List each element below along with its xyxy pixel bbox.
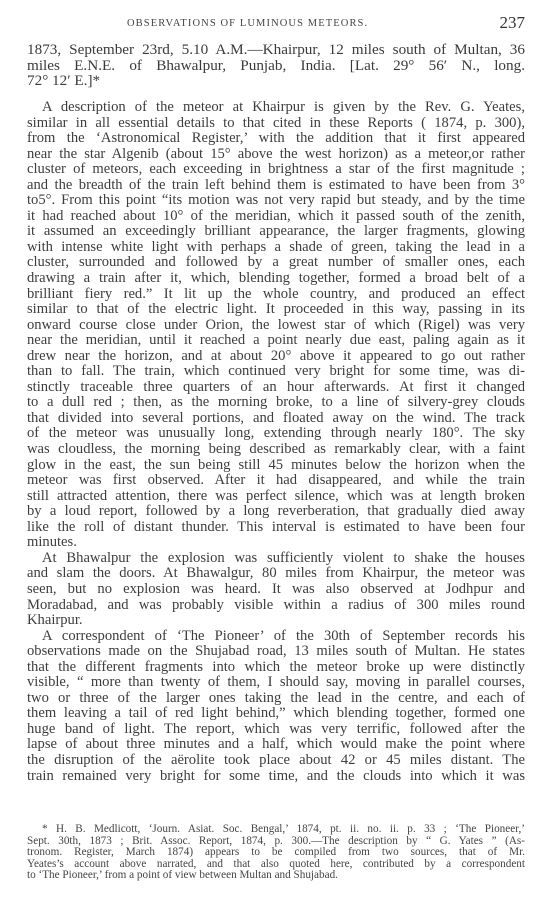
text-line: like the roll of distant thunder. This i…: [27, 520, 525, 536]
text-line: it assumed an exceedingly brilliant appe…: [27, 224, 525, 240]
text-line: with intense white light with perhaps a …: [27, 240, 525, 256]
footnote-line: to ‘The Pioneer,’ from a point of view b…: [27, 870, 525, 882]
text-line: huge band of light. The report, which wa…: [27, 722, 525, 738]
text-line: stinctly traceable three quarters of an …: [27, 380, 525, 396]
text-line: that divided into several portions, and …: [27, 411, 525, 427]
text-line: meteor was first observed. After it had …: [27, 473, 525, 489]
text-line: seen, but no explosion was heard. It was…: [27, 582, 525, 598]
text-line: observations made on the Shujabad road, …: [27, 644, 525, 660]
text-line: A correspondent of ‘The Pioneer’ of the …: [27, 629, 525, 645]
text-line: them leaving a tail of red light behind,…: [27, 706, 525, 722]
text-line: minutes.: [27, 535, 525, 551]
text-line: still attracted attention, there was per…: [27, 489, 525, 505]
text-line: drew near the horizon, and at about 20° …: [27, 349, 525, 365]
text-line: similar to that of the electric light. I…: [27, 302, 525, 318]
text-line: near the star Algenib (about 15° above t…: [27, 147, 525, 163]
text-line: the disruption of the aërolite took plac…: [27, 753, 525, 769]
footnote: * H. B. Medlicott, ‘Journ. Asiat. Soc. B…: [27, 824, 525, 882]
text-line: drawing a train after it, which, blendin…: [27, 271, 525, 287]
text-line: to5°. From this point “its motion was no…: [27, 193, 525, 209]
text-line: and the breadth of the train left behind…: [27, 178, 525, 194]
running-head: OBSERVATIONS OF LUMINOUS METEORS. 237: [27, 13, 525, 33]
footnote-line: * H. B. Medlicott, ‘Journ. Asiat. Soc. B…: [27, 824, 525, 836]
paragraph-khairpur-description: A description of the meteor at Khairpur …: [27, 100, 525, 551]
text-line: two or three of the larger ones taking t…: [27, 691, 525, 707]
entry-heading-line: 1873, September 23rd, 5.10 A.M.—Khairpur…: [44, 42, 525, 58]
text-line: glow in the east, the sun being still 45…: [27, 458, 525, 474]
text-line: At Bhawalpur the explosion was sufficien…: [27, 551, 525, 567]
entry-heading-line: miles E.N.E. of Bhawalpur, Punjab, India…: [44, 58, 525, 74]
text-line: of the meteor was unusually long, extend…: [27, 426, 525, 442]
page-number: 237: [500, 13, 526, 33]
text-line: by a loud report, followed by a long rev…: [27, 504, 525, 520]
text-line: brilliant fiery red.” It lit up the whol…: [27, 287, 525, 303]
text-line: Khairpur.: [27, 613, 525, 629]
paragraph-pioneer-correspondent: A correspondent of ‘The Pioneer’ of the …: [27, 629, 525, 784]
text-line: Moradabad, and was probably visible with…: [27, 598, 525, 614]
text-line: A description of the meteor at Khairpur …: [27, 100, 525, 116]
text-line: near the meridian, until it reached a po…: [27, 333, 525, 349]
text-line: that the different fragments into which …: [27, 660, 525, 676]
text-line: it had reached about 10° of the meridian…: [27, 209, 525, 225]
text-line: lapse of about three minutes and a half,…: [27, 737, 525, 753]
text-line: and slam the doors. At Bhawalgur, 80 mil…: [27, 566, 525, 582]
paragraph-bhawalpur-explosion: At Bhawalpur the explosion was sufficien…: [27, 551, 525, 629]
entry-heading: 1873, September 23rd, 5.10 A.M.—Khairpur…: [27, 42, 525, 89]
text-line: to a dull red ; then, as the morning bro…: [27, 395, 525, 411]
text-line: from the ‘Astronomical Register,’ with t…: [27, 131, 525, 147]
text-line: similar in all essential details to that…: [27, 116, 525, 132]
text-line: visible, “ more than twenty of them, I s…: [27, 675, 525, 691]
text-line: cluster, surrounded and followed by a gr…: [27, 255, 525, 271]
text-line: than to fall. The train, which continued…: [27, 364, 525, 380]
body-text: A description of the meteor at Khairpur …: [27, 100, 525, 784]
text-line: was cloudless, the morning being describ…: [27, 442, 525, 458]
text-line: onward course close under Orion, the low…: [27, 318, 525, 334]
text-line: cluster of meteors, each exceeding in br…: [27, 162, 525, 178]
text-line: train remained very bright for some time…: [27, 769, 525, 785]
running-title: OBSERVATIONS OF LUMINOUS METEORS.: [127, 18, 368, 29]
entry-heading-line: 72° 12′ E.]*: [44, 73, 525, 89]
